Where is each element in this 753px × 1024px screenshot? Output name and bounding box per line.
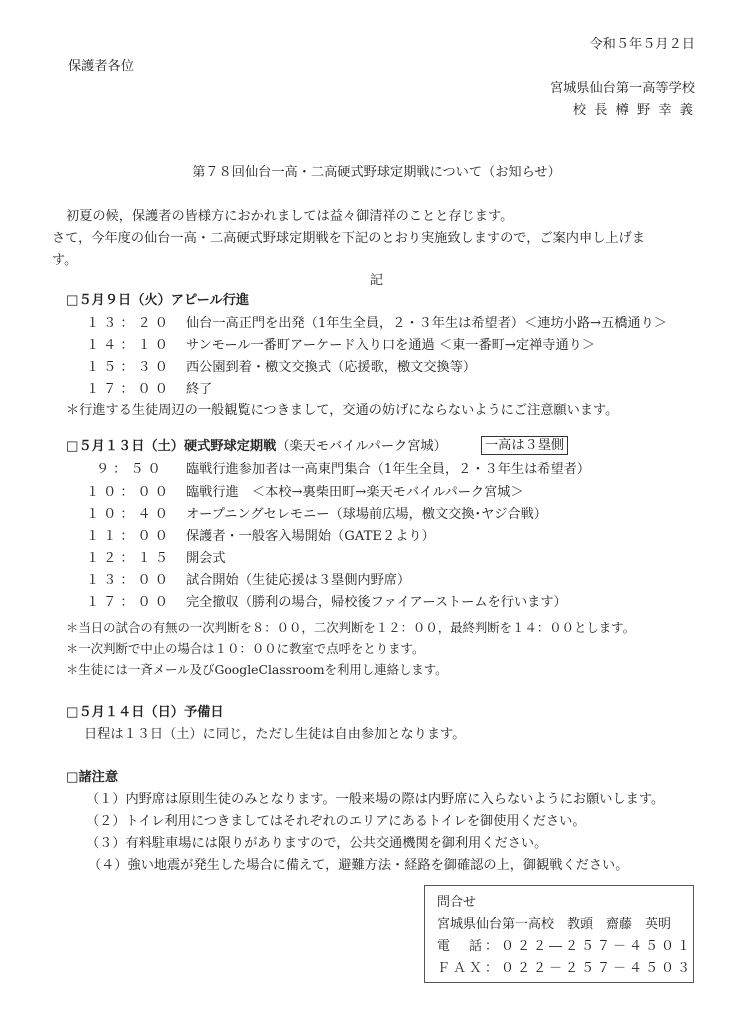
notes-item: （４）強い地震が発生した場合に備えて，避難方法・経路を御確認の上，御観戦ください… [88,859,628,872]
section-heading-parade: □５月９日（火）アピール行進 [66,294,249,307]
intro-line-2: さて，今年度の仙台一高・二高硬式野球定期戦を下記のとおり実施致しますので，ご案内… [52,232,645,245]
third-base-side-badge: 一高は３塁側 [481,436,568,455]
game-venue: （楽天モバイルパーク宮城） [276,439,447,454]
section-heading-notes: □諸注意 [66,771,118,784]
schedule-time: １５：３０ [86,361,172,374]
addressee: 保護者各位 [68,60,134,73]
game-note: ＊一次判断で中止の場合は１０：００に教室で点呼をとります。 [66,643,424,655]
schedule-desc: 仙台一高正門を出発（1年生全員，２・３年生は希望者）＜連坊小路→五橋通り＞ [186,317,667,330]
ki-marker: 記 [0,274,753,287]
reserve-day-body: 日程は１３日（土）に同じ，ただし生徒は自由参加となります。 [84,728,465,741]
schedule-time: １７：００ [86,596,172,609]
section-heading-game-row: □５月１３日（土）硬式野球定期戦（楽天モバイルパーク宮城） [66,440,447,453]
schedule-time: ９：５０ [96,463,165,476]
schedule-desc: 開会式 [186,552,226,565]
notes-item: （１）内野席は原則生徒のみとなります。一般来場の際は内野席に入らないようにお願い… [86,793,664,806]
document-title: 第７８回仙台一高・二高硬式野球定期戦について（お知らせ） [0,166,753,179]
parade-note: ＊行進する生徒周辺の一般観覧につきまして，交通の妨げにならないようにご注意願いま… [66,404,618,417]
schedule-time: １３：２０ [86,317,172,330]
contact-label: 問合せ [437,896,476,909]
principal-name: 校 長 樽 野 幸 義 [573,104,695,117]
section-heading-game: □５月１３日（土）硬式野球定期戦 [66,439,276,454]
schedule-time: １４：１０ [86,339,172,352]
intro-line-1: 初夏の候，保護者の皆様方におかれましては益々御清祥のことと存じます。 [66,210,513,223]
schedule-desc: サンモール一番町アーケード入り口を通過 ＜東一番町→定禅寺通り＞ [186,339,595,352]
schedule-desc: 完全撤収（勝利の場合，帰校後ファイアーストームを行います） [186,596,567,609]
section-heading-reserve-day: □５月１４日（日）予備日 [66,706,224,719]
schedule-desc: オープニングセレモニー（球場前広場，檄文交換･ヤジ合戦） [186,508,547,521]
schedule-desc: 臨戦行進参加者は一高東門集合（1年生全員，２・３年生は希望者） [186,463,590,476]
contact-fax: ＦＡＸ：０２２－２５７－４５０３ [437,962,693,975]
game-note: ＊生徒には一斉メール及びGoogleClassroomを利用し連絡します。 [66,664,448,676]
contact-person: 宮城県仙台第一高校 教頭 齋藤 英明 [437,918,671,931]
schedule-time: １０：００ [86,486,172,499]
intro-line-3: す。 [52,254,77,267]
contact-box: 問合せ 宮城県仙台第一高校 教頭 齋藤 英明 電 話：０２２―２５７－４５０１ … [424,885,694,983]
schedule-time: １１：００ [86,530,172,543]
schedule-desc: 西公園到着・檄文交換式（応援歌，檄文交換等） [186,361,476,374]
schedule-desc: 試合開始（生徒応援は３塁側内野席） [186,574,410,587]
schedule-time: １０：４０ [86,508,172,521]
contact-phone: 電 話：０２２―２５７－４５０１ [437,940,693,953]
game-note: ＊当日の試合の有無の一次判断を８：００，二次判断を１２：００，最終判断を１４：０… [66,622,635,634]
document-date: 令和５年５月２日 [590,38,696,51]
schedule-time: １７：００ [86,383,172,396]
notes-item: （２）トイレ利用につきましてはそれぞれのエリアにあるトイレを御使用ください。 [86,815,586,828]
schedule-desc: 終了 [186,383,212,396]
schedule-desc: 臨戦行進 ＜本校→裏柴田町→楽天モバイルパーク宮城＞ [186,486,524,499]
notes-item: （３）有料駐車場には限りがありますので，公共交通機関を御利用ください。 [86,837,547,850]
schedule-time: １３：００ [86,574,172,587]
school-name: 宮城県仙台第一高等学校 [550,82,695,95]
schedule-time: １２：１５ [86,552,172,565]
schedule-desc: 保護者・一般客入場開始（GATE２より） [186,530,435,543]
